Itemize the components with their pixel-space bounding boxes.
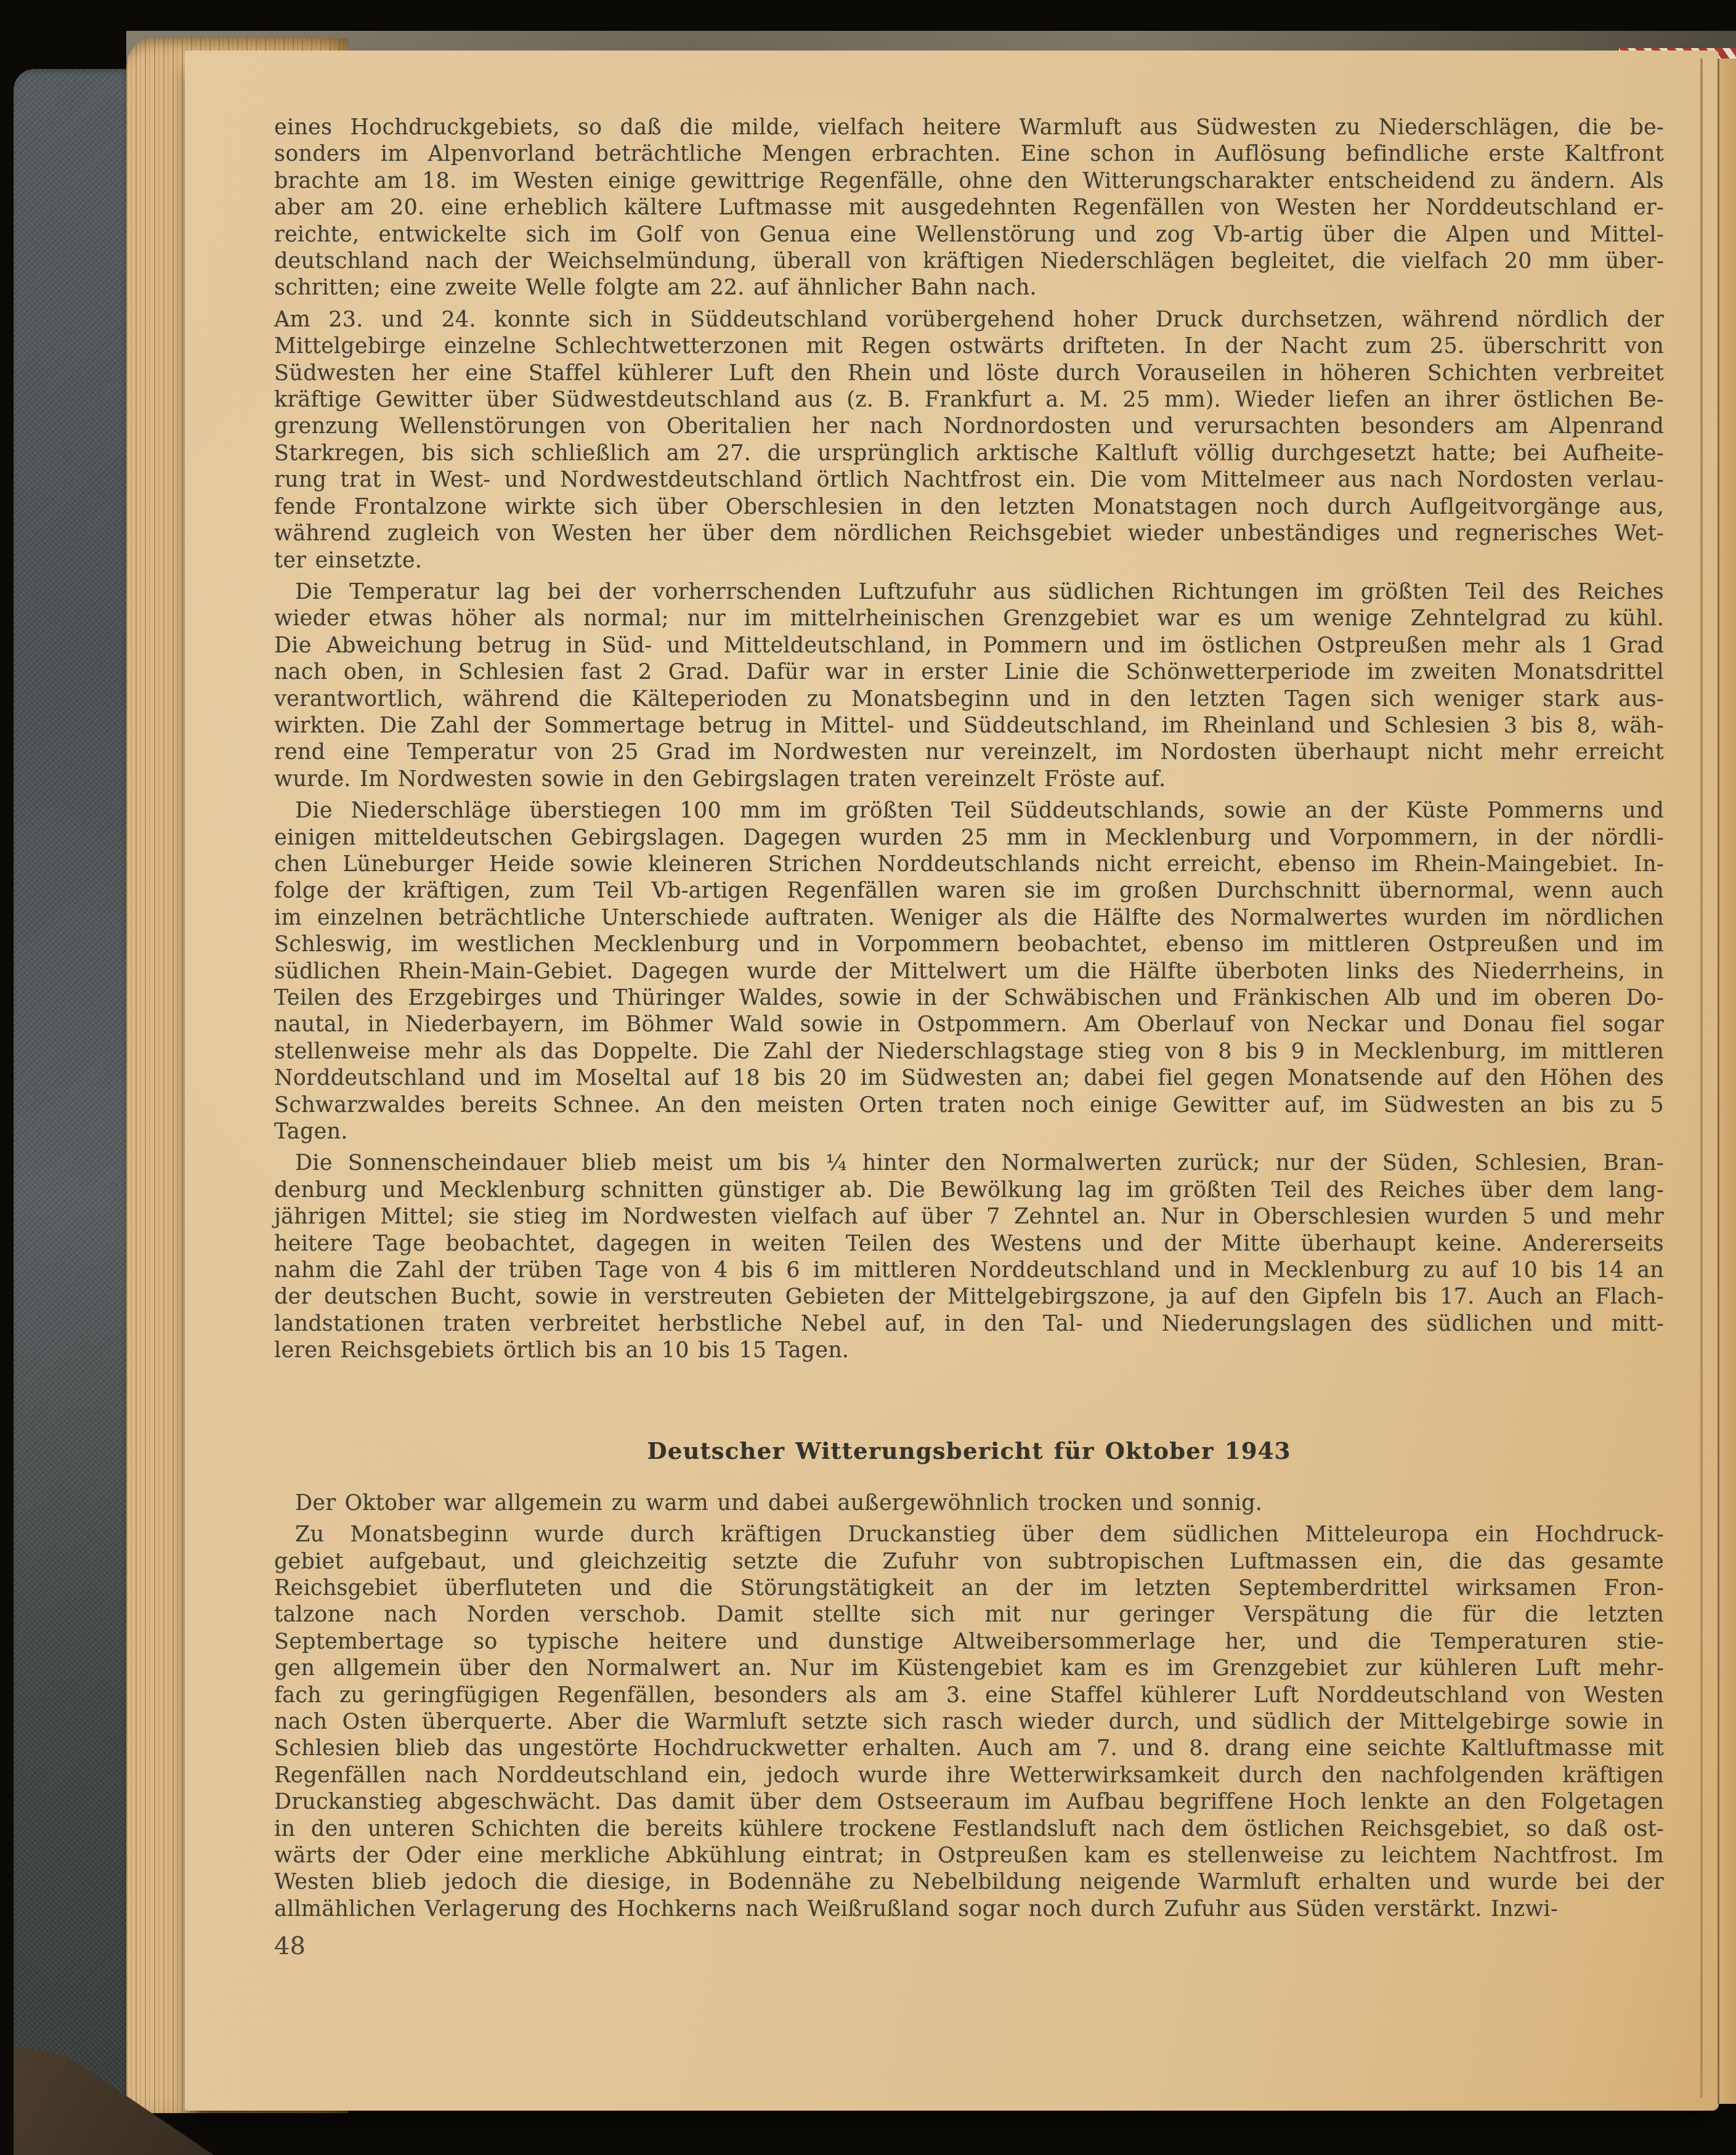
text-line: Druckanstieg abgeschwächt. Das damit übe…: [274, 1789, 1664, 1816]
text-line: Starkregen, bis sich schließlich am 27. …: [274, 440, 1664, 467]
underlying-page-edge: [1718, 59, 1736, 2104]
text-line: gebiet aufgebaut, und gleichzeitig setzt…: [274, 1549, 1664, 1575]
text-line: eines Hochdruckgebiets, so daß die milde…: [274, 115, 1664, 141]
text-line: Schlesien blieb das ungestörte Hochdruck…: [274, 1735, 1664, 1762]
text-line: nach oben, in Schlesien fast 2 Grad. Daf…: [274, 659, 1664, 686]
text-line: in den unteren Schichten die bereits küh…: [274, 1816, 1664, 1843]
page-crease: [1700, 59, 1703, 2098]
text-line: nach Osten überquerte. Aber die Warmluft…: [274, 1709, 1664, 1735]
paragraph: eines Hochdruckgebiets, so daß die milde…: [274, 115, 1664, 302]
text-line: Teilen des Erzgebirges und Thüringer Wal…: [274, 985, 1664, 1012]
text-line: Schwarzwaldes bereits Schnee. An den mei…: [274, 1092, 1664, 1119]
text-line: allmählichen Verlagerung des Hochkerns n…: [274, 1896, 1664, 1923]
text-line: leren Reichsgebiets örtlich bis an 10 bi…: [274, 1337, 1664, 1364]
text-line: Die Temperatur lag bei der vorherrschend…: [274, 579, 1664, 606]
text-line: Mittelgebirge einzelne Schlechtwetterzon…: [274, 333, 1664, 360]
text-line: deutschland nach der Weichselmündung, üb…: [274, 248, 1664, 275]
text-line: nautal, in Niederbayern, im Böhmer Wald …: [274, 1012, 1664, 1038]
text-line: Die Niederschläge überstiegen 100 mm im …: [274, 798, 1664, 824]
text-line: ter einsetzte.: [274, 548, 1664, 574]
text-line: rend eine Temperatur von 25 Grad im Nord…: [274, 739, 1664, 766]
text-line: landstationen traten verbreitet herbstli…: [274, 1311, 1664, 1337]
paragraph: Die Niederschläge überstiegen 100 mm im …: [274, 798, 1664, 1145]
text-line: reichte, entwickelte sich im Golf von Ge…: [274, 222, 1664, 248]
text-line: fach zu geringfügigen Regenfällen, beson…: [274, 1682, 1664, 1709]
text-line: wieder etwas höher als normal; nur im mi…: [274, 606, 1664, 632]
text-line: jährigen Mittel; sie stieg im Nordwesten…: [274, 1204, 1664, 1230]
text-line: Westen blieb jedoch die diesige, in Bode…: [274, 1869, 1664, 1896]
text-line: Norddeutschland und im Moseltal auf 18 b…: [274, 1065, 1664, 1092]
text-line: schritten; eine zweite Welle folgte am 2…: [274, 275, 1664, 301]
text-line: Reichsgebiet überfluteten und die Störun…: [274, 1575, 1664, 1602]
text-line: rung trat in West- und Nordwestdeutschla…: [274, 467, 1664, 493]
text-line: grenzung Wellenstörungen von Oberitalien…: [274, 413, 1664, 440]
text-line: denburg und Mecklenburg schnitten günsti…: [274, 1177, 1664, 1204]
text-column: eines Hochdruckgebiets, so daß die milde…: [274, 115, 1664, 1928]
text-line: Zu Monatsbeginn wurde durch kräftigen Dr…: [274, 1522, 1664, 1548]
text-line: Südwesten her eine Staffel kühlerer Luft…: [274, 360, 1664, 387]
paragraph: Die Sonnenscheindauer blieb meist um bis…: [274, 1150, 1664, 1364]
text-line: nahm die Zahl der trüben Tage von 4 bis …: [274, 1257, 1664, 1284]
text-line: Tagen.: [274, 1119, 1664, 1145]
text-line: Septembertage so typische heitere und du…: [274, 1629, 1664, 1655]
text-line: Regenfällen nach Norddeutschland ein, je…: [274, 1763, 1664, 1789]
text-line: einigen mitteldeutschen Gebirgslagen. Da…: [274, 825, 1664, 851]
text-line: stellenweise mehr als das Doppelte. Die …: [274, 1039, 1664, 1065]
text-line: südlichen Rhein-Main-Gebiet. Dagegen wur…: [274, 959, 1664, 985]
text-line: Die Sonnenscheindauer blieb meist um bis…: [274, 1150, 1664, 1177]
text-line: chen Lüneburger Heide sowie kleineren St…: [274, 851, 1664, 878]
text-line: kräftige Gewitter über Südwestdeutschlan…: [274, 387, 1664, 413]
text-line: Der Oktober war allgemein zu warm und da…: [274, 1490, 1664, 1517]
text-line: im einzelnen beträchtliche Unterschiede …: [274, 905, 1664, 931]
text-line: fende Frontalzone wirkte sich über Obers…: [274, 494, 1664, 521]
text-line: Schleswig, im westlichen Mecklenburg und…: [274, 931, 1664, 958]
text-line: gen allgemein über den Normalwert an. Nu…: [274, 1655, 1664, 1682]
text-line: folge der kräftigen, zum Teil Vb-artigen…: [274, 878, 1664, 904]
text-line: der deutschen Bucht, sowie in verstreute…: [274, 1284, 1664, 1310]
text-line: Die Abweichung betrug in Süd- und Mittel…: [274, 633, 1664, 659]
text-line: brachte am 18. im Westen einige gewittri…: [274, 168, 1664, 195]
paragraph: Zu Monatsbeginn wurde durch kräftigen Dr…: [274, 1522, 1664, 1923]
text-line: Am 23. und 24. konnte sich in Süddeutsch…: [274, 307, 1664, 333]
page-number: 48: [274, 1932, 306, 1960]
section-heading: Deutscher Witterungsbericht für Oktober …: [274, 1437, 1664, 1464]
text-line: sonders im Alpenvorland beträchtliche Me…: [274, 141, 1664, 168]
book-cover: [14, 69, 134, 2121]
paragraph: Am 23. und 24. konnte sich in Süddeutsch…: [274, 307, 1664, 574]
text-line: wirkten. Die Zahl der Sommertage betrug …: [274, 713, 1664, 739]
paragraph: Der Oktober war allgemein zu warm und da…: [274, 1490, 1664, 1517]
text-line: wärts der Oder eine merkliche Abkühlung …: [274, 1843, 1664, 1869]
text-line: talzone nach Norden verschob. Damit stel…: [274, 1602, 1664, 1628]
text-line: während zugleich von Westen her über dem…: [274, 521, 1664, 547]
paragraph: Die Temperatur lag bei der vorherrschend…: [274, 579, 1664, 793]
text-line: aber am 20. eine erheblich kältere Luftm…: [274, 195, 1664, 221]
text-line: wurde. Im Nordwesten sowie in den Gebirg…: [274, 766, 1664, 793]
text-line: verantwortlich, während die Kälteperiode…: [274, 686, 1664, 713]
text-line: heitere Tage beobachtet, dagegen in weit…: [274, 1231, 1664, 1257]
